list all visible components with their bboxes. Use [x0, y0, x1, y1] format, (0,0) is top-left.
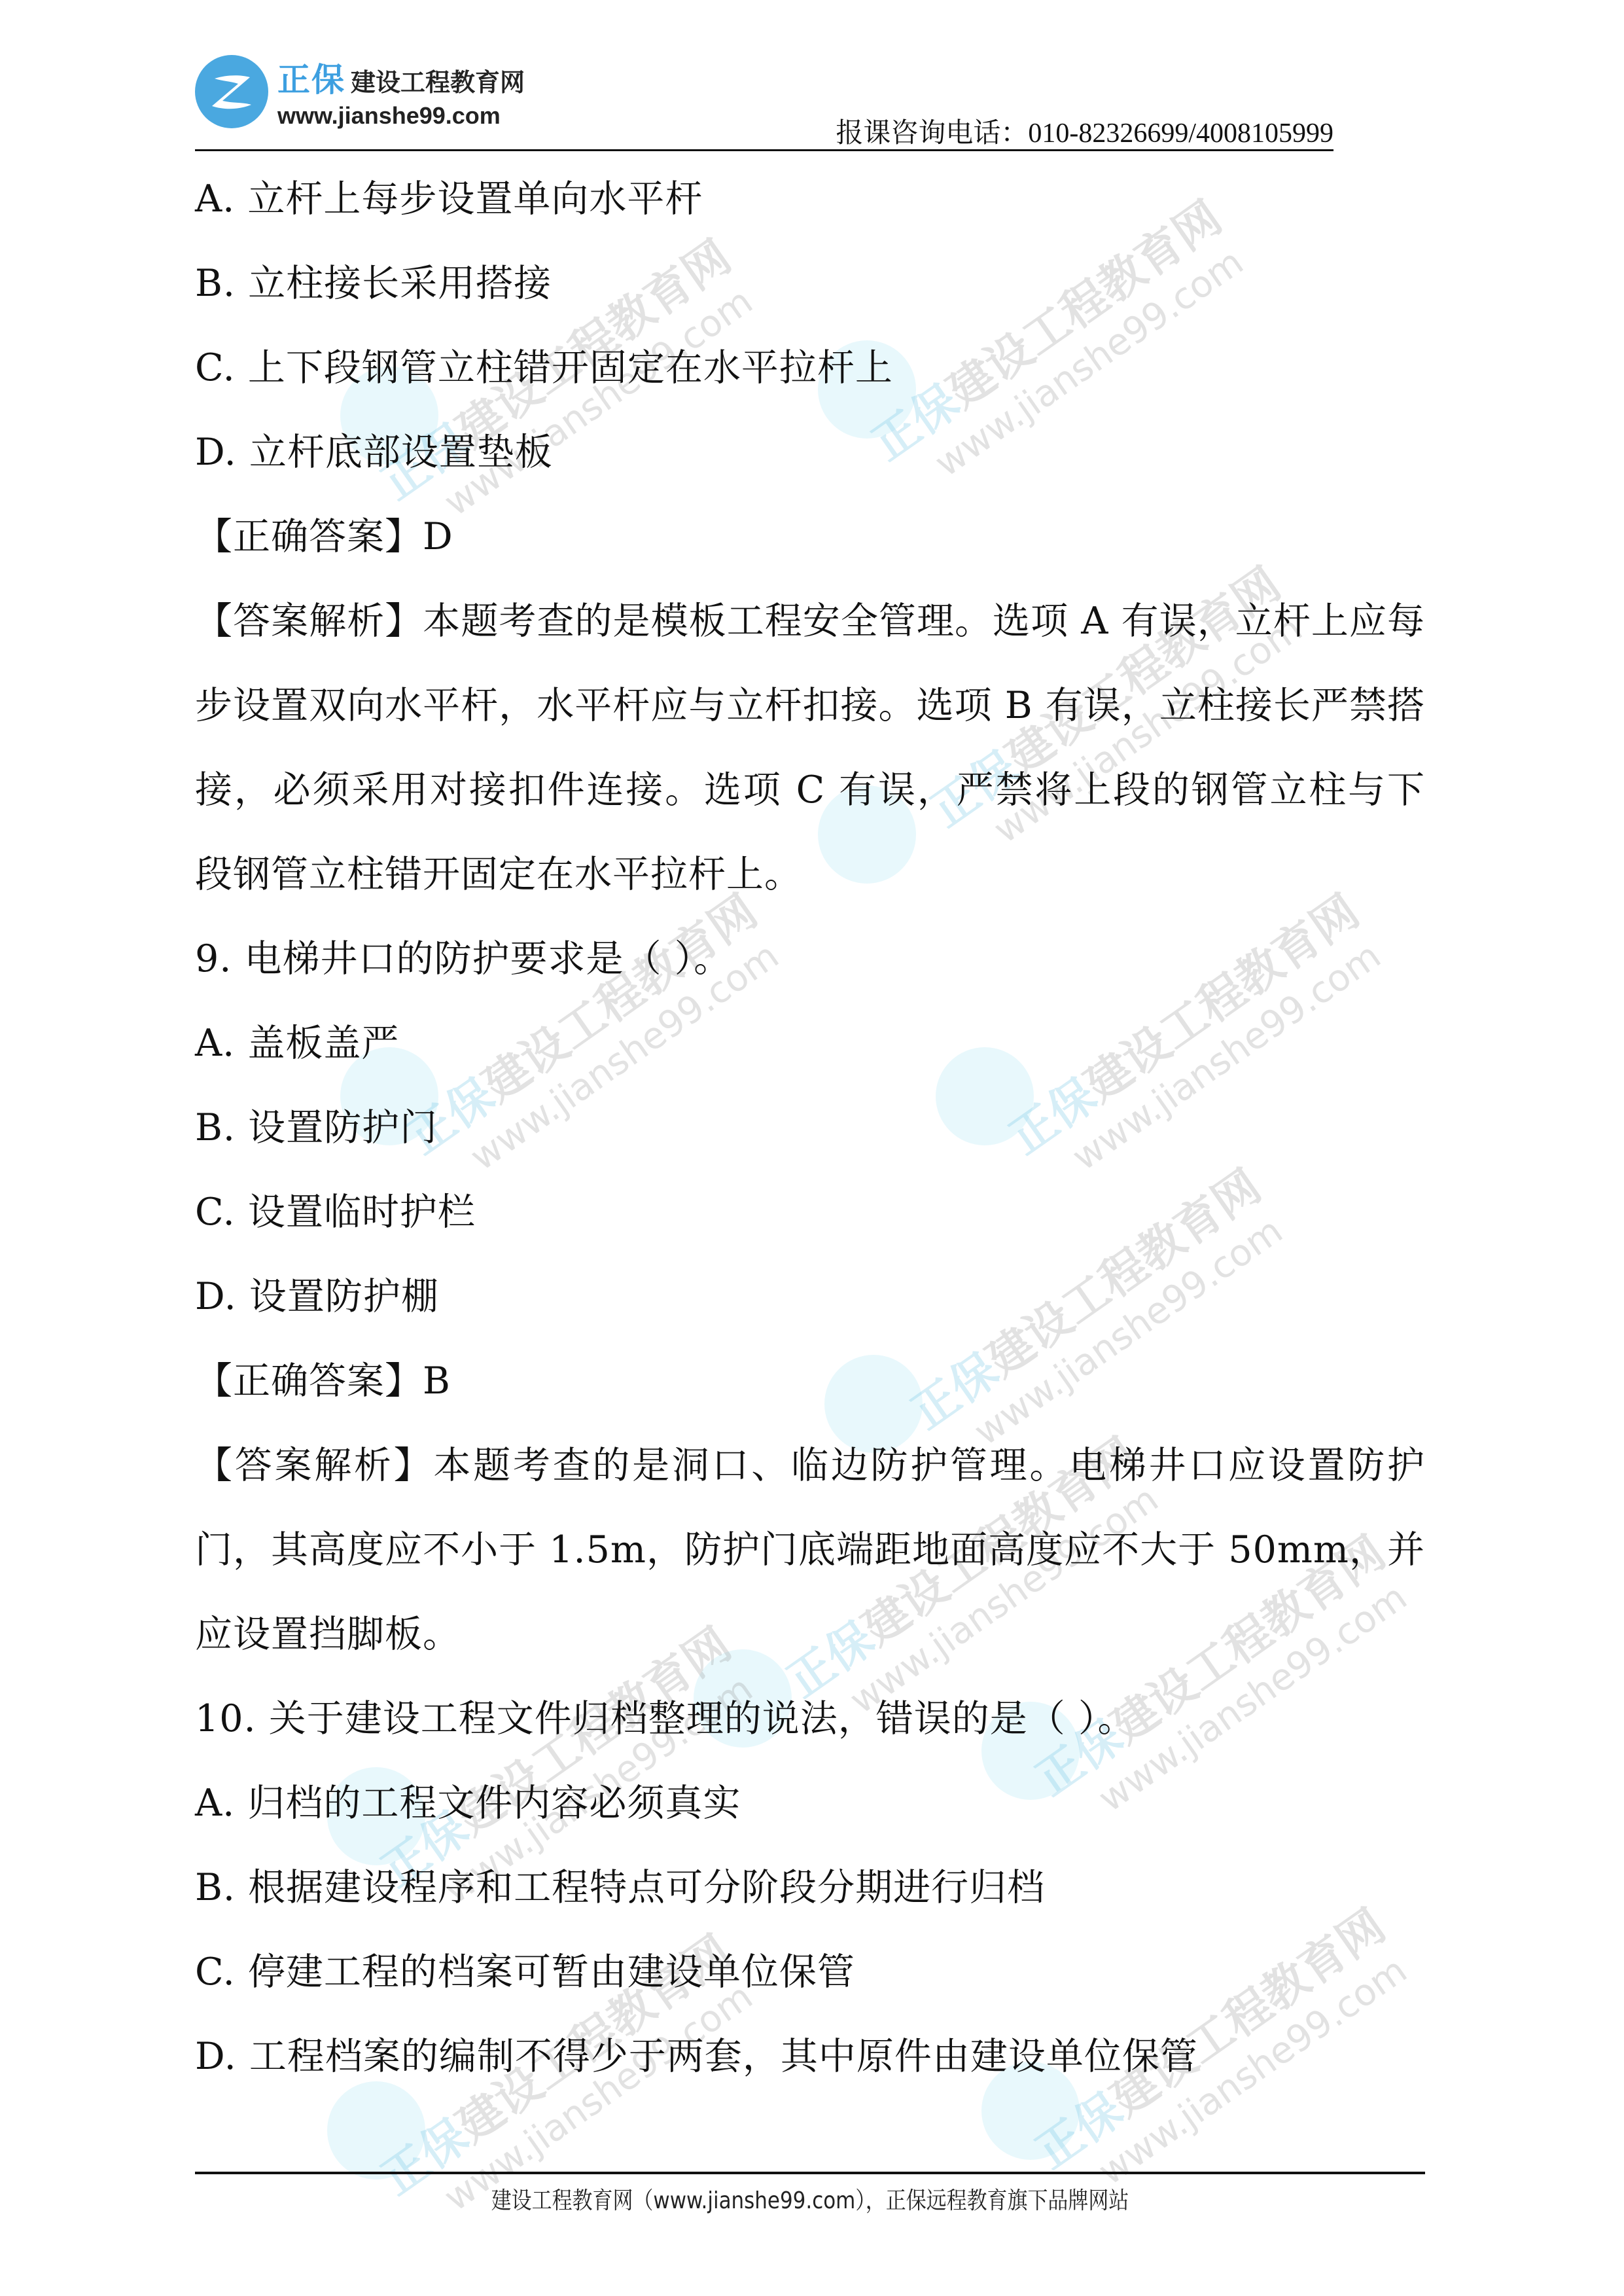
- q9-correct-answer: 【正确答案】B: [195, 1339, 1425, 1424]
- q10-stem: 10. 关于建设工程文件归档整理的说法，错误的是（ ）。: [195, 1677, 1425, 1761]
- logo-site-name: 建设工程教育网: [351, 62, 525, 98]
- q10-option-b: B. 根据建设程序和工程特点可分阶段分期进行归档: [195, 1846, 1425, 1930]
- q8-analysis-text: 【答案解析】本题考查的是模板工程安全管理。选项 A 有误，立杆上应每步设置双向水…: [195, 579, 1425, 917]
- document-body: A. 立杆上每步设置单向水平杆 B. 立柱接长采用搭接 C. 上下段钢管立柱错开…: [195, 157, 1425, 2099]
- footer-text: 建设工程教育网（www.jianshe99.com），正保远程教育旗下品牌网站: [281, 2182, 1339, 2215]
- logo-text: 正保 建设工程教育网 www.jianshe99.com: [277, 54, 525, 130]
- q9-analysis-text: 【答案解析】本题考查的是洞口、临边防护管理。电梯井口应设置防护门，其高度应不小于…: [195, 1424, 1425, 1677]
- logo-z-glyph-icon: [207, 67, 256, 117]
- q9-stem: 9. 电梯井口的防护要求是（ ）。: [195, 917, 1425, 1001]
- q8-option-c: C. 上下段钢管立柱错开固定在水平拉杆上: [195, 326, 1425, 410]
- page-header: 正保 建设工程教育网 www.jianshe99.com 报课咨询电话：010-…: [195, 52, 1333, 151]
- page-footer: 建设工程教育网（www.jianshe99.com），正保远程教育旗下品牌网站: [195, 2172, 1425, 2215]
- q9-option-a: A. 盖板盖严: [195, 1001, 1425, 1086]
- site-logo: 正保 建设工程教育网 www.jianshe99.com: [195, 54, 525, 130]
- logo-url: www.jianshe99.com: [277, 102, 525, 130]
- q10-option-d: D. 工程档案的编制不得少于两套，其中原件由建设单位保管: [195, 2015, 1425, 2099]
- header-divider: [195, 149, 1333, 151]
- q8-option-d: D. 立杆底部设置垫板: [195, 410, 1425, 495]
- q8-correct-answer: 【正确答案】D: [195, 495, 1425, 579]
- hotline-text: 报课咨询电话：010-82326699/4008105999: [836, 111, 1333, 151]
- logo-z-icon: [195, 55, 268, 128]
- q8-analysis: 【答案解析】本题考查的是模板工程安全管理。选项 A 有误，立杆上应每步设置双向水…: [195, 579, 1425, 917]
- logo-brand: 正保: [277, 54, 345, 101]
- q9-option-d: D. 设置防护棚: [195, 1255, 1425, 1339]
- footer-divider: [195, 2172, 1425, 2174]
- q10-option-a: A. 归档的工程文件内容必须真实: [195, 1761, 1425, 1846]
- q8-option-b: B. 立柱接长采用搭接: [195, 242, 1425, 326]
- q9-option-c: C. 设置临时护栏: [195, 1170, 1425, 1255]
- q9-analysis: 【答案解析】本题考查的是洞口、临边防护管理。电梯井口应设置防护门，其高度应不小于…: [195, 1424, 1425, 1677]
- q9-option-b: B. 设置防护门: [195, 1086, 1425, 1170]
- q10-option-c: C. 停建工程的档案可暂由建设单位保管: [195, 1930, 1425, 2015]
- q8-option-a: A. 立杆上每步设置单向水平杆: [195, 157, 1425, 242]
